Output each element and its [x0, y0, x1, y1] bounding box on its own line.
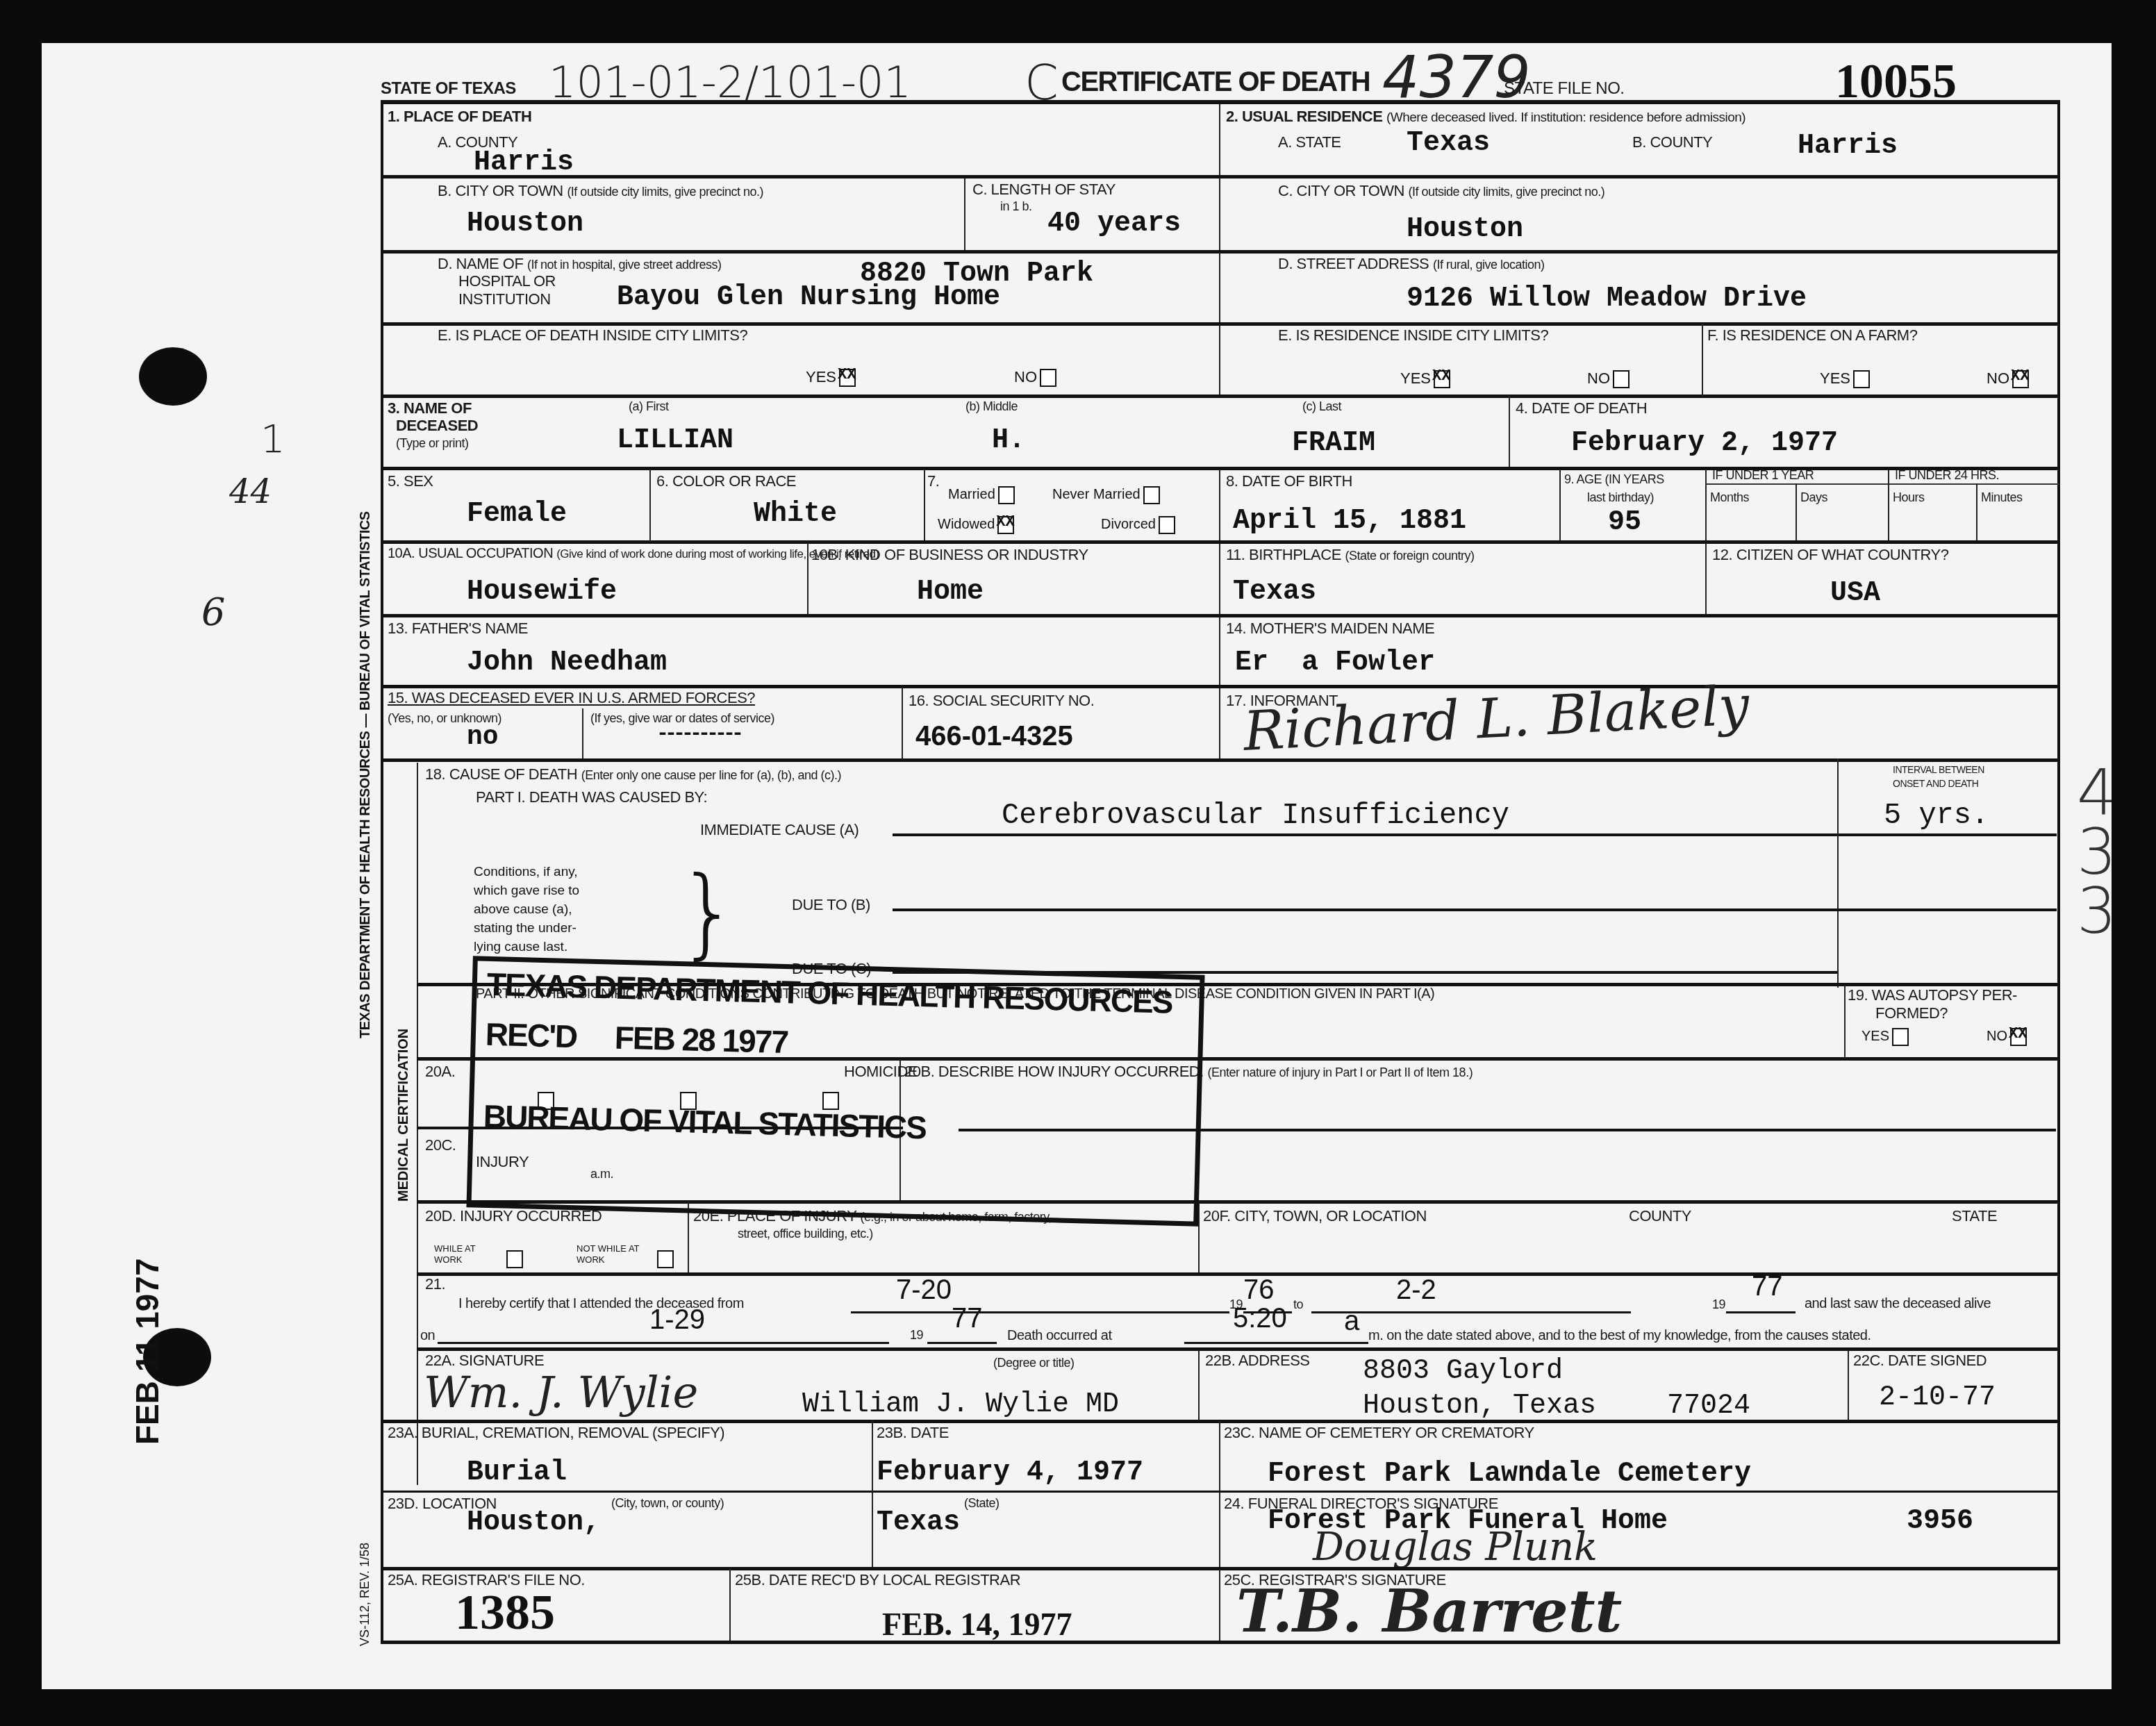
pod-inside-limits-label: e. IS PLACE OF DEATH INSIDE CITY LIMITS? [438, 326, 747, 345]
pod-no-checkbox[interactable] [1040, 369, 1056, 387]
name-label-3: (Type or print) [396, 436, 469, 451]
injury-county-label: COUNTY [1629, 1207, 1691, 1225]
hospital-label-2: HOSPITAL OR [458, 272, 556, 290]
res-inside-yes[interactable]: YES [1400, 370, 1450, 388]
race: White [754, 499, 837, 530]
citizen-label: 12. CITIZEN OF WHAT COUNTRY? [1712, 546, 1948, 564]
race-label: 6. COLOR OR RACE [656, 472, 796, 490]
days-label: Days [1800, 490, 1827, 505]
pod-city-label: b. CITY OR TOWN (If outside city limits,… [438, 182, 763, 200]
married-checkbox[interactable] [998, 486, 1015, 504]
autopsy-label-2: FORMED? [1875, 1004, 1948, 1022]
punch-hole-top [139, 347, 207, 406]
place-of-death-label: 1. PLACE OF DEATH [388, 108, 531, 126]
hours-label: Hours [1893, 490, 1925, 505]
conditions-brace: } [677, 865, 739, 962]
res-state-label: a. STATE [1278, 133, 1341, 151]
interval: 5 yrs. [1884, 799, 1989, 832]
right-mark-3b: 3 [2077, 875, 2116, 948]
usual-residence-label: 2. USUAL RESIDENCE (Where deceased lived… [1226, 108, 1745, 126]
address-label: 22b. ADDRESS [1205, 1352, 1310, 1370]
margin-mark-6: 6 [201, 590, 225, 634]
registrar-file-number: 1385 [455, 1584, 555, 1641]
on-label: on [420, 1328, 435, 1344]
interval-label-2: ONSET AND DEATH [1893, 778, 1978, 789]
date-of-birth: April 15, 1881 [1233, 506, 1466, 537]
marital-widowed[interactable]: Widowed [938, 516, 1014, 534]
while-at-work-checkbox[interactable] [506, 1250, 523, 1268]
armed-dates: ---------- [656, 722, 740, 746]
certificate-title: CERTIFICATE OF DEATH [1061, 67, 1370, 98]
medical-certification-label: MEDICAL CERTIFICATION [396, 1029, 412, 1202]
funeral-director-signature: Douglas Plunk [1313, 1525, 1598, 1570]
armed-forces: no [467, 722, 499, 752]
state-note: (State) [964, 1496, 1000, 1511]
injury-20a-label: 20a. [425, 1063, 455, 1081]
res-inside-limits-label: e. IS RESIDENCE INSIDE CITY LIMITS? [1278, 326, 1548, 345]
res-city: Houston [1407, 214, 1523, 245]
age: 95 [1608, 507, 1641, 538]
citizen: USA [1830, 578, 1880, 609]
death-at-label: Death occurred at [1007, 1328, 1111, 1344]
res-city-label: c. CITY OR TOWN (If outside city limits,… [1278, 182, 1604, 200]
birthplace: Texas [1233, 576, 1316, 608]
res-street-label: d. STREET ADDRESS (If rural, give locati… [1278, 255, 1544, 273]
pod-yes-checkbox[interactable] [839, 369, 856, 387]
immediate-cause: Cerebrovascular Insufficiency [1002, 799, 1509, 832]
under-1-year-label: IF UNDER 1 YEAR [1712, 468, 1814, 483]
armed-forces-label: 15. WAS DECEASED EVER IN U.S. ARMED FORC… [388, 689, 755, 707]
conditions-note: Conditions, if any, which gave rise to a… [474, 863, 579, 956]
immediate-cause-label: IMMEDIATE CAUSE (a) [700, 821, 859, 839]
registrar-date: FEB. 14, 1977 [882, 1606, 1072, 1643]
minutes-label: Minutes [1981, 490, 2023, 505]
res-inside-no[interactable]: NO [1587, 370, 1630, 388]
marital-married[interactable]: Married [948, 486, 1015, 504]
location-city: Houston, [467, 1507, 600, 1538]
place-of-injury-note: street, office building, etc.) [738, 1227, 873, 1241]
autopsy-label-1: 19. WAS AUTOPSY PER- [1848, 986, 2017, 1004]
res-state: Texas [1407, 128, 1490, 159]
date-of-death: February 2, 1977 [1571, 428, 1838, 459]
last-name: FRAIM [1292, 428, 1375, 459]
age-label-2: last birthday) [1587, 490, 1654, 505]
father-name: John Needham [467, 647, 667, 679]
hospital-label-1: d. NAME OF (If not in hospital, give str… [438, 255, 722, 273]
first-name-label: (a) First [629, 399, 669, 414]
first-name: LILLIAN [617, 425, 733, 456]
res-inside-no-checkbox[interactable] [1613, 370, 1630, 388]
birthplace-label: 11. BIRTHPLACE (State or foreign country… [1226, 546, 1475, 564]
autopsy-yes[interactable]: YES [1861, 1028, 1909, 1046]
res-farm-label: f. IS RESIDENCE ON A FARM? [1707, 326, 1917, 345]
res-county-label: b. COUNTY [1632, 133, 1712, 151]
length-of-stay: 40 years [1047, 208, 1181, 240]
not-while-at-work-checkbox[interactable] [657, 1250, 674, 1268]
while-at-work[interactable]: WHILE AT WORK [434, 1243, 490, 1266]
res-farm-no-checkbox[interactable] [2012, 370, 2029, 388]
age-label-1: 9. AGE (In years [1564, 472, 1664, 487]
marital-divorced[interactable]: Divorced [1101, 516, 1175, 534]
cert-text-2: and last saw the deceased alive [1805, 1296, 1991, 1312]
attended-from-date: 7-20 [896, 1275, 952, 1306]
cert-text-3: m. on the date stated above, and to the … [1368, 1328, 1871, 1344]
physician-address-1: 8803 Gaylord [1363, 1356, 1563, 1387]
physician-signature: Wm. J. Wylie [424, 1367, 698, 1418]
physician-zip: 77024 [1667, 1391, 1750, 1422]
marital-never-married[interactable]: Never Married [1052, 486, 1160, 504]
pod-inside-no[interactable]: NO [1014, 368, 1056, 387]
disposition-date-label: 23b. DATE [877, 1424, 949, 1442]
pod-inside-yes[interactable]: YES [806, 368, 856, 387]
res-county: Harris [1798, 131, 1898, 162]
under-24-hrs-label: IF UNDER 24 HRS. [1895, 468, 1999, 483]
res-farm-yes-checkbox[interactable] [1853, 370, 1870, 388]
due-to-b-label: DUE TO (b) [792, 896, 870, 914]
prefix-19-c: 19 [910, 1328, 923, 1343]
attended-to-date: 2-2 [1396, 1275, 1436, 1306]
hospital-label-3: INSTITUTION [458, 290, 551, 308]
last-name-label: (c) Last [1302, 399, 1341, 414]
occupation-label: 10a. USUAL OCCUPATION (Give kind of work… [388, 546, 879, 562]
res-inside-yes-checkbox[interactable] [1434, 370, 1450, 388]
interval-label-1: INTERVAL BETWEEN [1893, 764, 1984, 775]
divorced-checkbox[interactable] [1159, 516, 1175, 534]
res-street: 9126 Willow Meadow Drive [1407, 283, 1807, 315]
form-revision: VS-112, REV. 1/58 [358, 1543, 372, 1646]
prefix-19-b: 19 [1712, 1297, 1725, 1312]
res-farm-no[interactable]: NO [1987, 370, 2029, 388]
mother-label: 14. MOTHER'S MAIDEN NAME [1226, 620, 1434, 638]
name-label-1: 3. NAME OF [388, 399, 472, 417]
length-of-stay-label: c. LENGTH OF STAY [972, 181, 1116, 199]
mother-maiden-name: Er a Fowler [1235, 647, 1435, 679]
date-signed: 2-10-77 [1879, 1382, 1996, 1413]
last-seen-date: 1-29 [649, 1304, 705, 1336]
pod-county: Harris [474, 147, 574, 179]
sex: Female [467, 499, 567, 530]
physician-address-2: Houston, Texas [1363, 1391, 1596, 1422]
pod-city: Houston [467, 208, 583, 240]
middle-name: H. [992, 425, 1025, 456]
never-married-checkbox[interactable] [1143, 486, 1160, 504]
registrar-signature: T.B. Barrett [1236, 1577, 1622, 1645]
length-of-stay-sub: in 1 b. [1000, 199, 1032, 214]
disposition-date: February 4, 1977 [877, 1457, 1143, 1488]
middle-name-label: (b) Middle [965, 399, 1018, 414]
autopsy-yes-checkbox[interactable] [1892, 1028, 1909, 1046]
ssn-label: 16. SOCIAL SECURITY NO. [909, 692, 1094, 710]
part1-label: PART I. DEATH WAS CAUSED BY: [476, 788, 707, 806]
funeral-director-number: 3956 [1907, 1506, 1973, 1537]
autopsy-no[interactable]: NO [1987, 1028, 2027, 1046]
disposition-method-label: 23a. BURIAL, CREMATION, REMOVAL (Specify… [388, 1424, 724, 1442]
location-state: Texas [877, 1507, 960, 1538]
last-seen-year: 77 [952, 1303, 983, 1334]
injury-state-label: STATE [1952, 1207, 1997, 1225]
margin-mark-44: 44 [229, 472, 272, 511]
occupation: Housewife [467, 576, 617, 608]
physician-name: William J. Wylie MD [802, 1389, 1119, 1420]
death-time: 5:20 [1233, 1303, 1287, 1334]
cemetery: Forest Park Lawndale Cemetery [1268, 1459, 1751, 1490]
received-stamp: TEXAS DEPARTMENT OF HEALTH RESOURCES REC… [466, 956, 1204, 1226]
name-label-2: DECEASED [396, 417, 478, 435]
marital-label: 7. [927, 472, 939, 490]
res-farm-yes[interactable]: YES [1820, 370, 1870, 388]
cemetery-label: 23c. NAME OF CEMETERY OR CREMATORY [1224, 1424, 1534, 1442]
industry: Home [917, 576, 984, 608]
bureau-vertical-title: TEXAS DEPARTMENT OF HEALTH RESOURCES — B… [358, 511, 374, 1038]
industry-label: 10b. KIND OF BUSINESS OR INDUSTRY [811, 546, 1088, 564]
dob-label: 8. DATE OF BIRTH [1226, 472, 1352, 490]
father-label: 13. FATHER'S NAME [388, 620, 528, 638]
state-file-label: STATE FILE NO. [1504, 79, 1624, 99]
to-label: to [1293, 1297, 1303, 1312]
sex-label: 5. SEX [388, 472, 433, 490]
death-ampm: a [1344, 1306, 1359, 1337]
widowed-checkbox[interactable] [997, 516, 1014, 534]
cause-label: 18. CAUSE OF DEATH (Enter only one cause… [425, 765, 841, 783]
degree-label: (Degree or title) [993, 1356, 1075, 1370]
disposition-method: Burial [467, 1457, 567, 1488]
injury-city-label: 20f. CITY, TOWN, OR LOCATION [1203, 1207, 1427, 1225]
feb-11-stamp: FEB 11 1977 [128, 1258, 166, 1445]
hospital-name: Bayou Glen Nursing Home [617, 282, 1000, 313]
margin-mark-1: 1 [260, 417, 285, 462]
date-signed-label: 22c. DATE SIGNED [1853, 1352, 1987, 1370]
registrar-date-label: 25b. DATE REC'D BY LOCAL REGISTRAR [735, 1571, 1020, 1589]
not-while-at-work[interactable]: NOT WHILE AT WORK [577, 1243, 653, 1266]
cert-21-label: 21. [425, 1275, 445, 1293]
ssn: 466-01-4325 [915, 721, 1073, 752]
months-label: Months [1710, 490, 1749, 505]
attended-from-year: 76 [1243, 1275, 1275, 1306]
autopsy-no-checkbox[interactable] [2010, 1028, 2027, 1046]
location-note: (City, town, or county) [611, 1496, 724, 1511]
attended-to-year: 77 [1752, 1271, 1783, 1302]
date-of-death-label: 4. DATE OF DEATH [1516, 399, 1647, 417]
state-of-texas-label: STATE OF TEXAS [381, 79, 516, 99]
injury-20c-label: 20c. [425, 1136, 456, 1154]
